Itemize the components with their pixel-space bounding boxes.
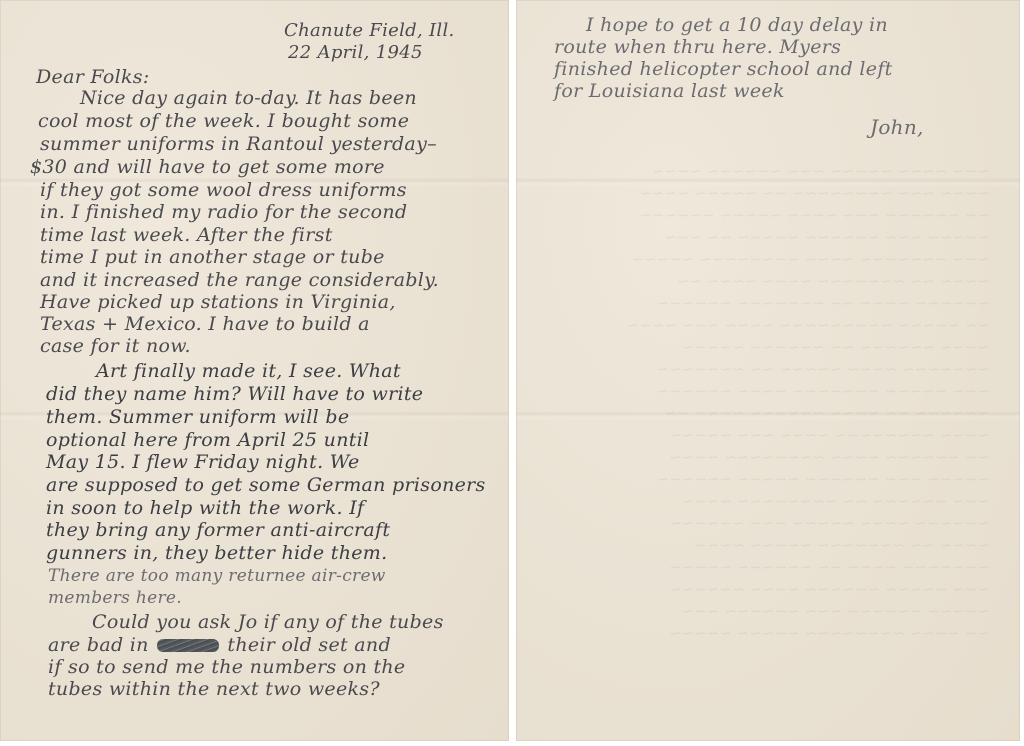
letter-line: in soon to help with the work. If: [46, 497, 364, 519]
letter-line: case for it now.: [40, 335, 191, 357]
letter-line: if so to send me the numbers on the: [48, 656, 405, 678]
letter-line: May 15. I flew Friday night. We: [46, 451, 360, 473]
letter-page-2: ~~~ ~~~~ ~~~~~ ~~~ ~~~~~~ ~~~~ ~~~~ ~~~ …: [516, 0, 1020, 741]
letter-line: did they name him? Will have to write: [46, 383, 423, 405]
salutation: Dear Folks:: [36, 66, 150, 88]
letter-line: finished helicopter school and left: [554, 58, 893, 80]
letter-line-part: their old set and: [227, 634, 391, 656]
letter-line: I hope to get a 10 day delay in: [586, 14, 888, 36]
letter-line: Texas + Mexico. I have to build a: [40, 313, 370, 335]
letter-line: if they got some wool dress uniforms: [40, 179, 407, 201]
letter-line: in. I finished my radio for the second: [40, 201, 407, 223]
letter-line: gunners in, they better hide them.: [46, 542, 387, 564]
letter-line: $30 and will have to get some more: [30, 156, 385, 178]
show-through-text: ~~~ ~~~~ ~~~~~ ~~~ ~~~~~~ ~~~~ ~~~~ ~~~ …: [546, 160, 990, 701]
letter-line: Have picked up stations in Virginia,: [40, 291, 396, 313]
letter-line: cool most of the week. I bought some: [38, 110, 409, 132]
letter-line: time last week. After the first: [40, 224, 333, 246]
letter-line-part: are bad in: [48, 634, 149, 656]
letter-line: are supposed to get some German prisoner…: [46, 474, 486, 496]
letter-line: they bring any former anti-aircraft: [46, 519, 390, 541]
letter-line: summer uniforms in Rantoul yesterday–: [40, 133, 437, 155]
letter-line-with-strikeout: are bad in their old set and: [48, 634, 391, 656]
letter-line: optional here from April 25 until: [46, 429, 369, 451]
letter-line: Nice day again to-day. It has been: [80, 87, 417, 109]
scribbled-out-word: [157, 639, 219, 652]
letter-line: route when thru here. Myers: [554, 36, 841, 58]
letter-line: and it increased the range considerably.: [40, 269, 439, 291]
letter-page-1: Chanute Field, Ill. 22 April, 1945 Dear …: [0, 0, 509, 741]
signature: John,: [870, 116, 924, 138]
letter-line: tubes within the next two weeks?: [48, 678, 380, 700]
letter-line: members here.: [48, 587, 182, 609]
letter-line: Could you ask Jo if any of the tubes: [92, 611, 444, 633]
letter-line: Art finally made it, I see. What: [96, 360, 401, 382]
letter-line: time I put in another stage or tube: [40, 246, 385, 268]
letter-date: 22 April, 1945: [288, 42, 423, 64]
letter-line: for Louisiana last week: [554, 80, 785, 102]
letter-place: Chanute Field, Ill.: [284, 20, 455, 42]
letter-line: them. Summer uniform will be: [46, 406, 349, 428]
letter-line: There are too many returnee air-crew: [48, 565, 386, 587]
